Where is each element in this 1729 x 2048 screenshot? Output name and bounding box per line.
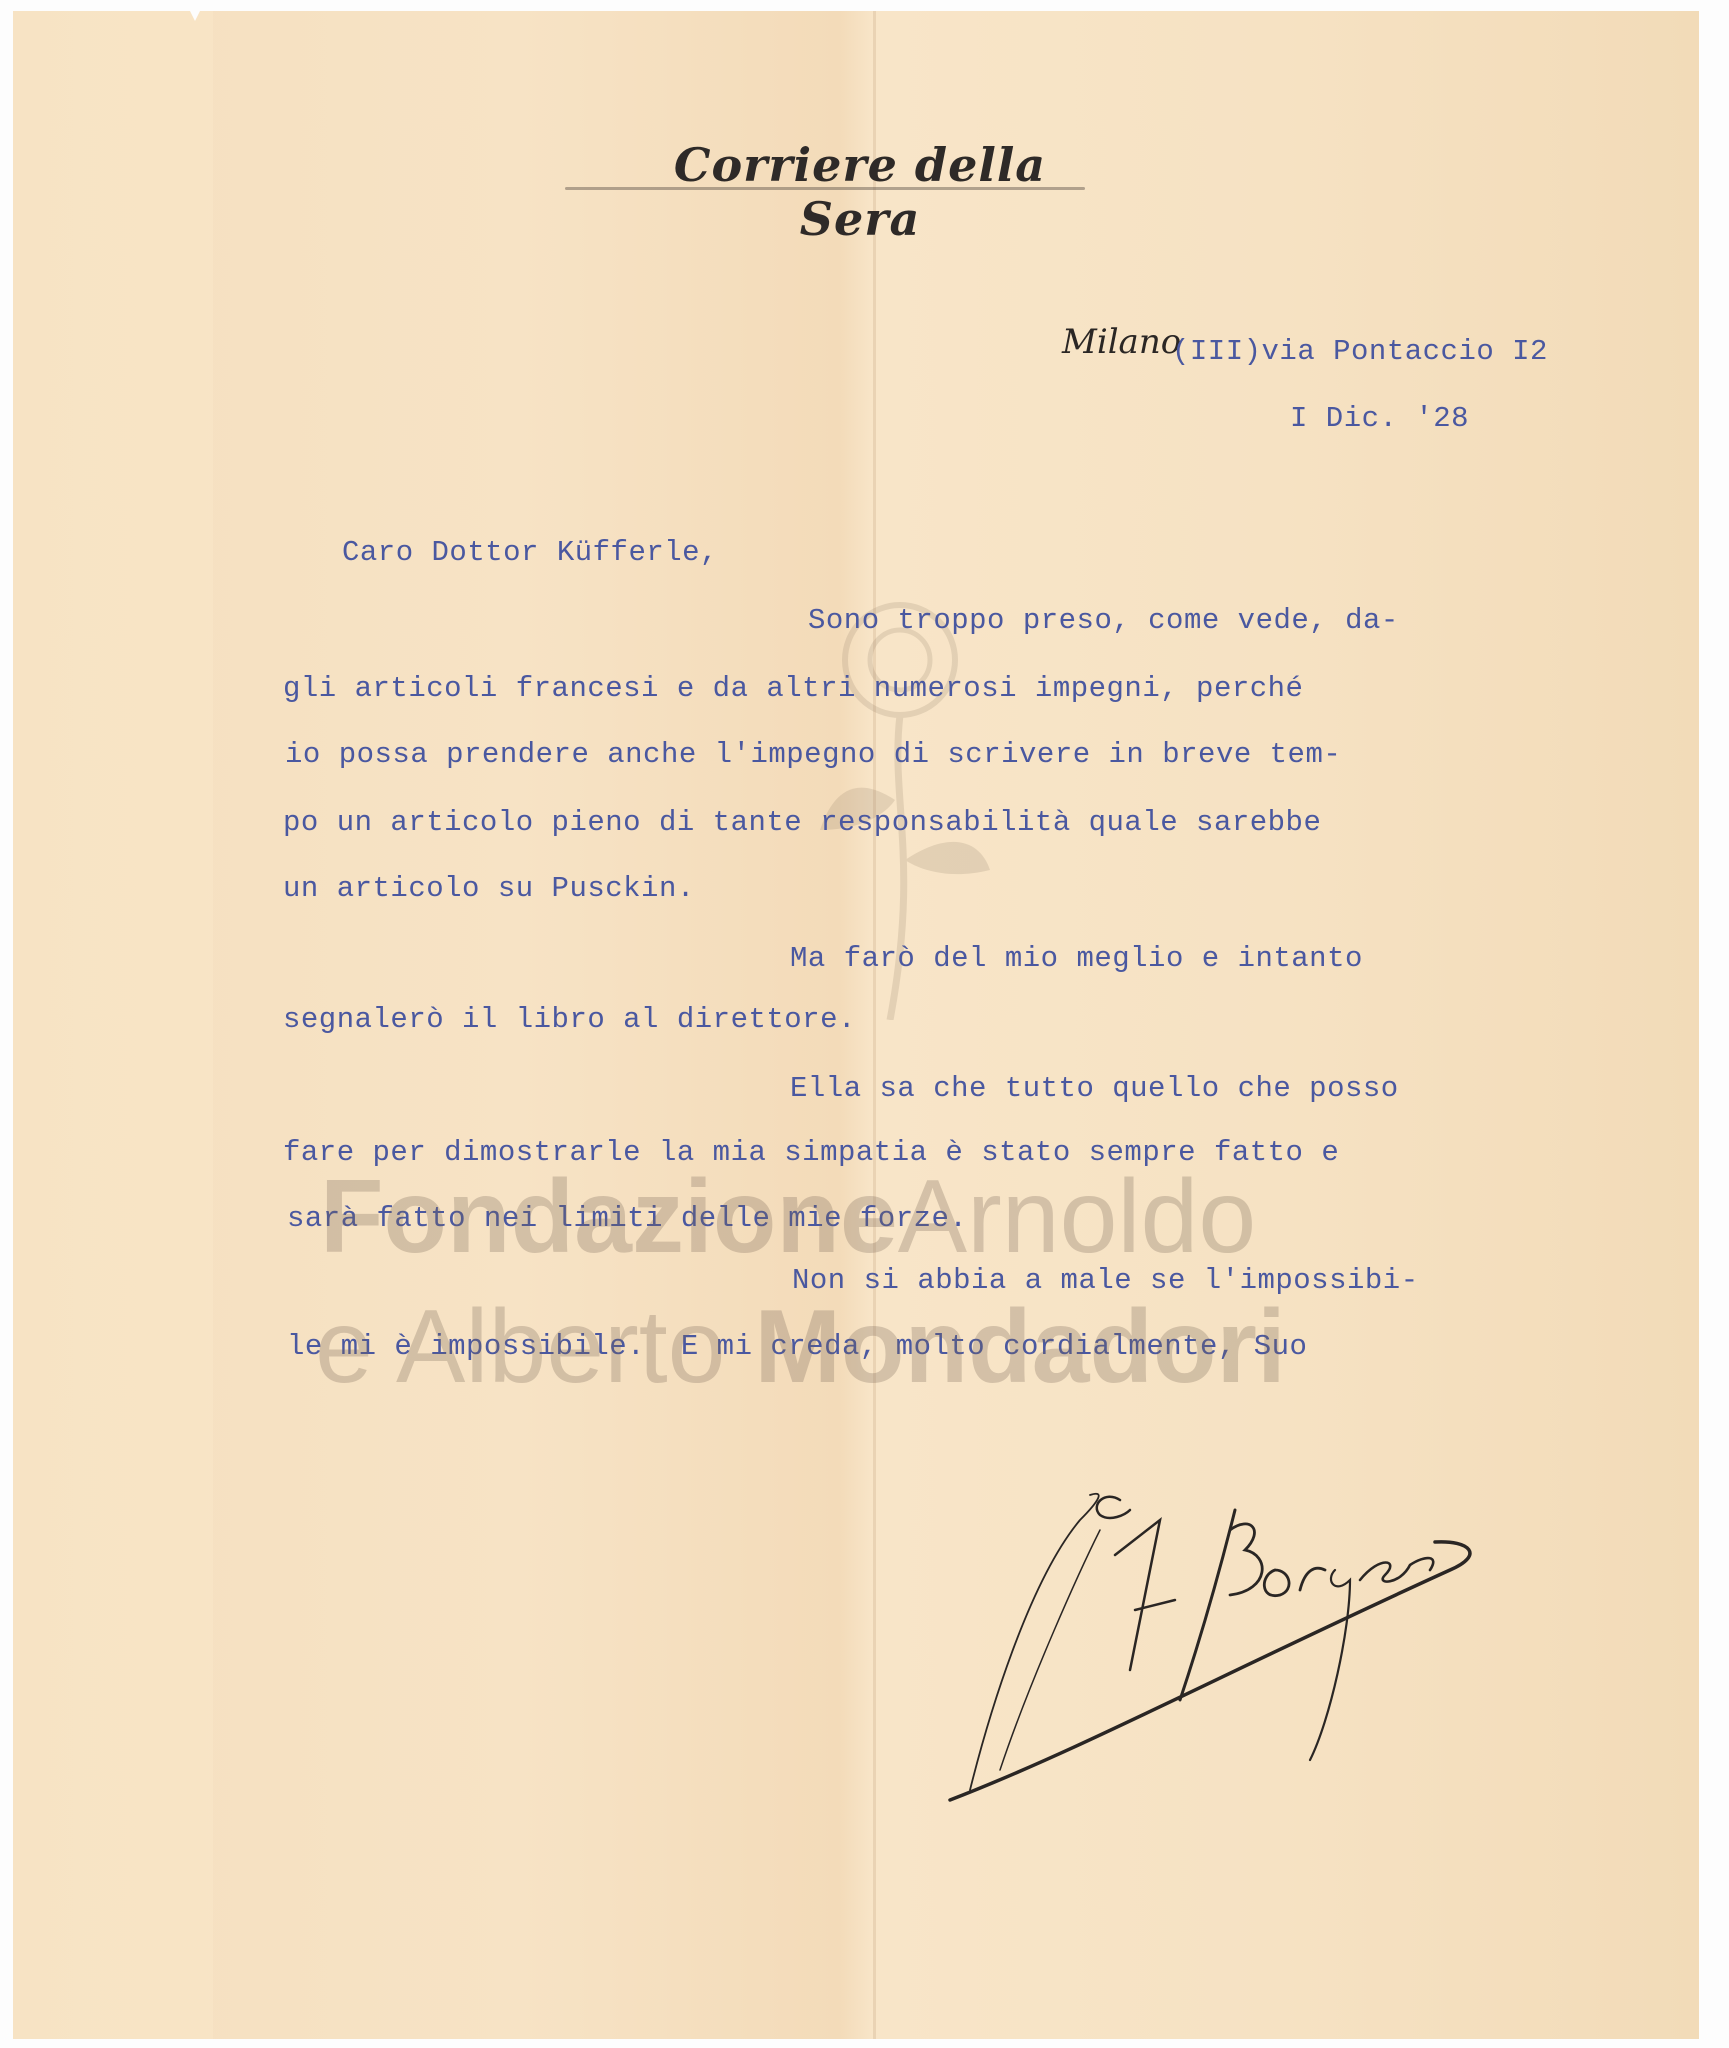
- paper-shading: [13, 11, 213, 2039]
- watermark-line-2: e Alberto Mondadori: [315, 1295, 1286, 1399]
- body-line: Sono troppo preso, come vede, da-: [808, 604, 1399, 637]
- body-line: Ella sa che tutto quello che posso: [790, 1072, 1399, 1105]
- watermark-bold: Fondazione: [320, 1159, 898, 1275]
- watermark-light: Arnoldo: [898, 1159, 1256, 1275]
- watermark-bold: Mondadori: [754, 1289, 1285, 1405]
- handwritten-signature-icon: [930, 1460, 1510, 1840]
- letterhead-title: Corriere della Sera: [620, 138, 1100, 246]
- letter-date: I Dic. '28: [1290, 402, 1469, 435]
- paper-fold-line: [873, 11, 876, 2039]
- body-line: un articolo su Pusckin.: [283, 872, 695, 905]
- watermark-light: e Alberto: [315, 1289, 726, 1405]
- body-line: segnalerò il libro al direttore.: [283, 1003, 856, 1036]
- body-line: io possa prendere anche l'impegno di scr…: [285, 738, 1341, 771]
- street-address: (III)via Pontaccio I2: [1172, 335, 1548, 368]
- salutation: Caro Dottor Küfferle,: [342, 536, 718, 569]
- body-line: gli articoli francesi e da altri numeros…: [283, 672, 1303, 705]
- printed-city: Milano: [1062, 322, 1181, 362]
- body-line: po un articolo pieno di tante responsabi…: [283, 806, 1321, 839]
- watermark-line-1: FondazioneArnoldo: [320, 1165, 1256, 1269]
- body-line: Ma farò del mio meglio e intanto: [790, 942, 1363, 975]
